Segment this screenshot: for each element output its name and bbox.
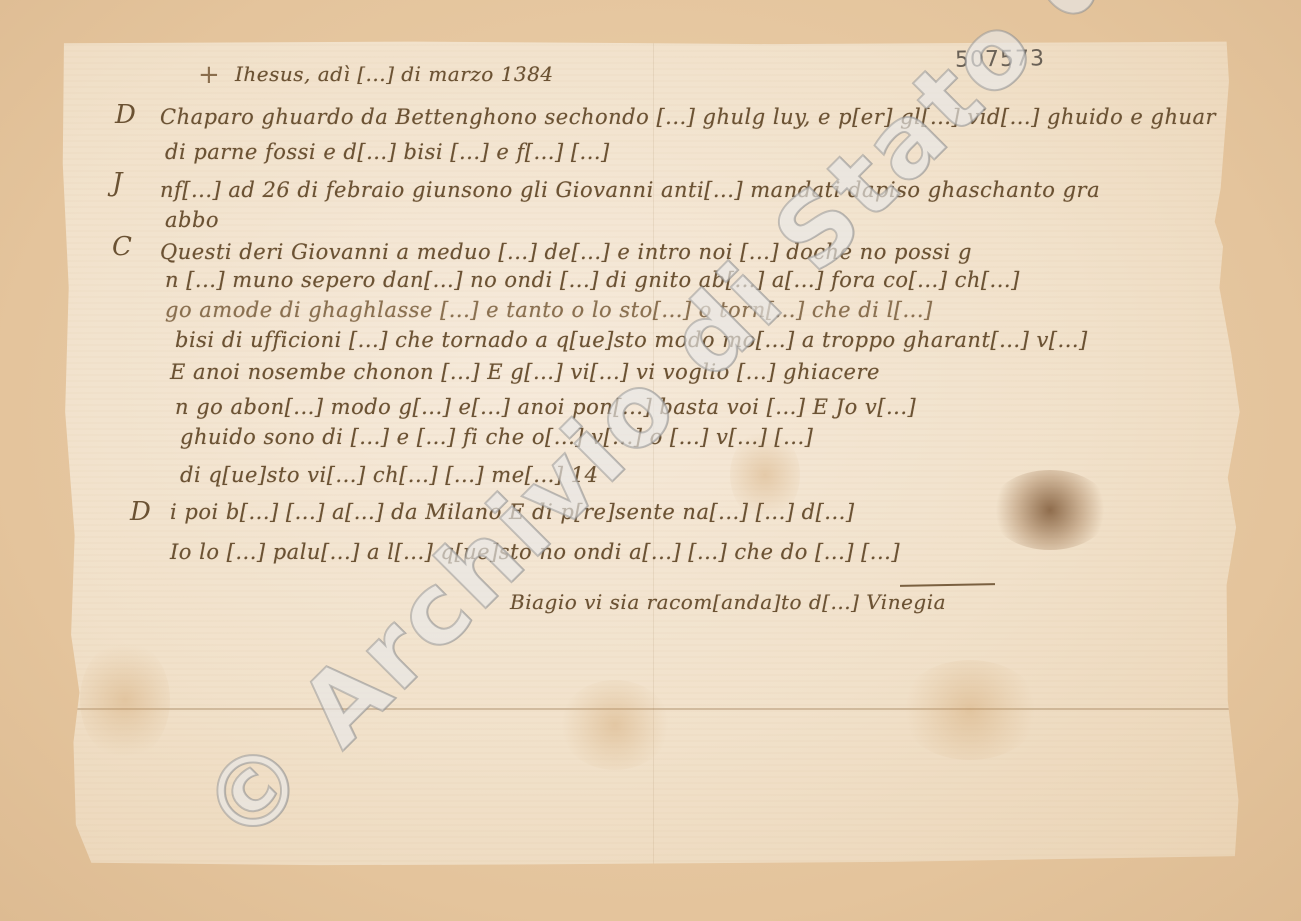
manuscript-line: di parne fossi e d[...] bisi [...] e f[.… bbox=[165, 140, 610, 164]
ink-stain bbox=[990, 470, 1110, 550]
water-stain bbox=[560, 680, 670, 770]
letter-heading: Ihesus, adì [...] di marzo 1384 bbox=[235, 62, 554, 86]
manuscript-line: E anoi nosembe chonon [...] E g[...] vi[… bbox=[170, 360, 880, 384]
catalog-number: 507573 bbox=[955, 46, 1045, 73]
margin-mark: C bbox=[112, 232, 132, 262]
manuscript-line: nf[...] ad 26 di febraio giunsono gli Gi… bbox=[160, 178, 1100, 202]
manuscript-line: Questi deri Giovanni a meduo [...] de[..… bbox=[160, 240, 972, 264]
manuscript-line: abbo bbox=[165, 208, 219, 232]
manuscript-line: Chaparo ghuardo da Bettenghono sechondo … bbox=[160, 105, 1216, 129]
cross-mark: + bbox=[198, 60, 220, 90]
manuscript-line: i poi b[...] [...] a[...] da Milano E di… bbox=[170, 500, 855, 524]
signature: Biagio vi sia racom[anda]to d[...] Vineg… bbox=[510, 590, 946, 614]
manuscript-line: di q[ue]sto vi[...] ch[...] [...] me[...… bbox=[180, 463, 598, 487]
manuscript-line: ghuido sono di [...] e [...] fi che o[..… bbox=[180, 425, 813, 449]
manuscript-line: n go abon[...] modo g[...] e[...] anoi p… bbox=[175, 395, 916, 419]
water-stain bbox=[900, 660, 1040, 760]
water-stain bbox=[80, 640, 170, 760]
manuscript-line: n [...] muno sepero dan[...] no ondi [..… bbox=[165, 268, 1020, 292]
margin-mark: D bbox=[115, 100, 136, 130]
manuscript-line: Io lo [...] palu[...] a l[...] q[ue]sto … bbox=[170, 540, 900, 564]
margin-mark: D bbox=[130, 497, 151, 527]
manuscript-line: go amode di ghaghlasse [...] e tanto o l… bbox=[165, 298, 933, 322]
manuscript-line: bisi di ufficioni [...] che tornado a q[… bbox=[175, 328, 1088, 352]
margin-mark: J bbox=[112, 168, 122, 198]
